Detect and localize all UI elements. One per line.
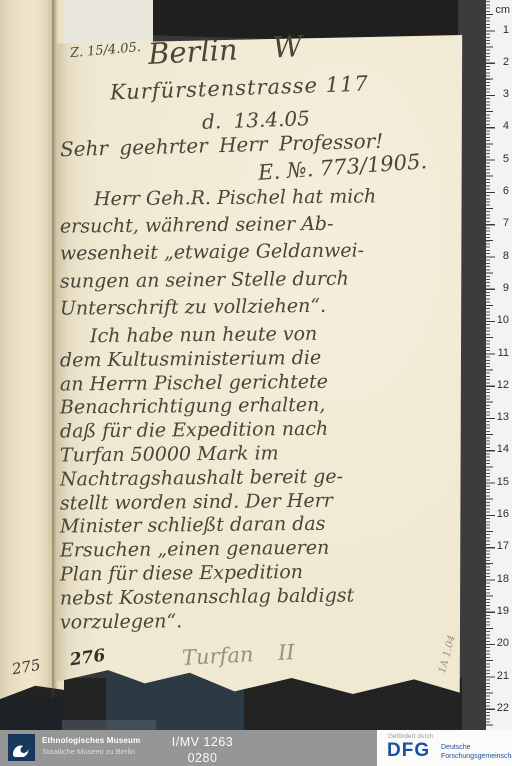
binding-crease — [52, 0, 54, 698]
ruler-number: 20 — [497, 637, 509, 649]
ruler-number: 16 — [497, 508, 509, 520]
ruler-number: 2 — [503, 56, 509, 68]
handwriting-line: daß für die Expedition nach — [60, 418, 354, 445]
page-number-current: 276 — [69, 648, 107, 670]
handwriting-line: an Herrn Pischel gerichtete — [60, 370, 354, 397]
ruler-number: 7 — [503, 217, 509, 229]
handwriting-line: stellt worden sind. Der Herr — [60, 489, 354, 516]
letter-date-line: d. 13.4.05 — [202, 108, 310, 132]
ruler-number: 21 — [497, 670, 509, 682]
handwriting-line: vorzulegen“. — [60, 608, 354, 635]
ruler-number: 4 — [503, 120, 509, 132]
letter-city-line: Berlin W — [147, 32, 303, 69]
pencil-title-note: Turfan II — [182, 642, 296, 669]
letter-paragraph-1: Herr Geh.R. Pischel hat michersucht, wäh… — [60, 187, 376, 323]
letter-paragraph-2: Ich habe nun heute vondem Kultusminister… — [60, 324, 354, 633]
cm-ruler: cm 12345678910111213141516171819202122 — [486, 0, 512, 730]
ruler-number: 10 — [497, 314, 509, 326]
shelfmark-signature: I/MV 1263 — [0, 735, 405, 749]
archival-scan-viewer: Z. 15/4.05. Berlin W Kurfürstenstrasse 1… — [0, 0, 512, 766]
handwriting-line: Plan für diese Expedition — [60, 560, 354, 587]
ruler-number: 13 — [497, 411, 509, 423]
handwriting-line: ersucht, während seiner Ab- — [60, 213, 376, 243]
funding-org-line2: Forschungsgemeinschaft — [441, 752, 512, 761]
ruler-number: 5 — [503, 153, 509, 165]
handwriting-line: nebst Kostenanschlag baldigst — [60, 584, 354, 611]
handwriting-line: Turfan 50000 Mark im — [60, 441, 354, 468]
ruler-number: 17 — [497, 540, 509, 552]
handwriting-line: wesenheit „etwaige Geldanwei- — [60, 240, 376, 270]
ruler-number: 15 — [497, 476, 509, 488]
shelfmark-block: I/MV 1263 0280 — [0, 730, 405, 765]
ruler-number: 18 — [497, 573, 509, 585]
handwriting-line: Unterschrift zu vollziehen“. — [60, 294, 376, 324]
dfg-logo: DFG — [387, 740, 430, 762]
ruler-number: 11 — [498, 347, 509, 359]
archive-footer-bar: Ethnologisches Museum Staatliche Museen … — [0, 730, 512, 766]
backing-shadow — [0, 698, 62, 730]
ruler-number: 3 — [503, 88, 509, 100]
handwriting-line: Ersuchen „einen genaueren — [60, 537, 354, 564]
handwriting-line: Ich habe nun heute von — [60, 322, 354, 349]
handwriting-line: sungen an seiner Stelle durch — [60, 267, 376, 297]
ruler-number: 12 — [497, 379, 509, 391]
handwriting-line: Nachtragshaushalt bereit ge- — [60, 465, 354, 492]
ruler-number: 8 — [503, 250, 509, 262]
ruler-number: 1 — [503, 24, 509, 36]
ruler-unit-label: cm — [495, 4, 510, 16]
ruler-number: 14 — [497, 443, 509, 455]
ruler-number: 6 — [503, 185, 509, 197]
handwriting-line: dem Kultusministerium die — [60, 346, 354, 373]
handwriting-line: Minister schließt daran das — [60, 513, 354, 540]
funding-org-line1: Deutsche — [441, 743, 512, 752]
ruler-number: 22 — [497, 702, 509, 714]
book-page-edges — [0, 0, 64, 704]
handwriting-line: Benachrichtigung erhalten, — [60, 394, 354, 421]
funding-panel: Gefördert durch DFG Deutsche Forschungsg… — [377, 730, 512, 766]
handwriting-line: Herr Geh.R. Pischel hat mich — [60, 185, 376, 215]
shelfmark-image-number: 0280 — [0, 751, 405, 765]
funding-organization: Deutsche Forschungsgemeinschaft — [441, 743, 512, 761]
ruler-number: 9 — [503, 282, 509, 294]
ruler-number: 19 — [497, 605, 509, 617]
funding-label: Gefördert durch — [388, 733, 434, 740]
